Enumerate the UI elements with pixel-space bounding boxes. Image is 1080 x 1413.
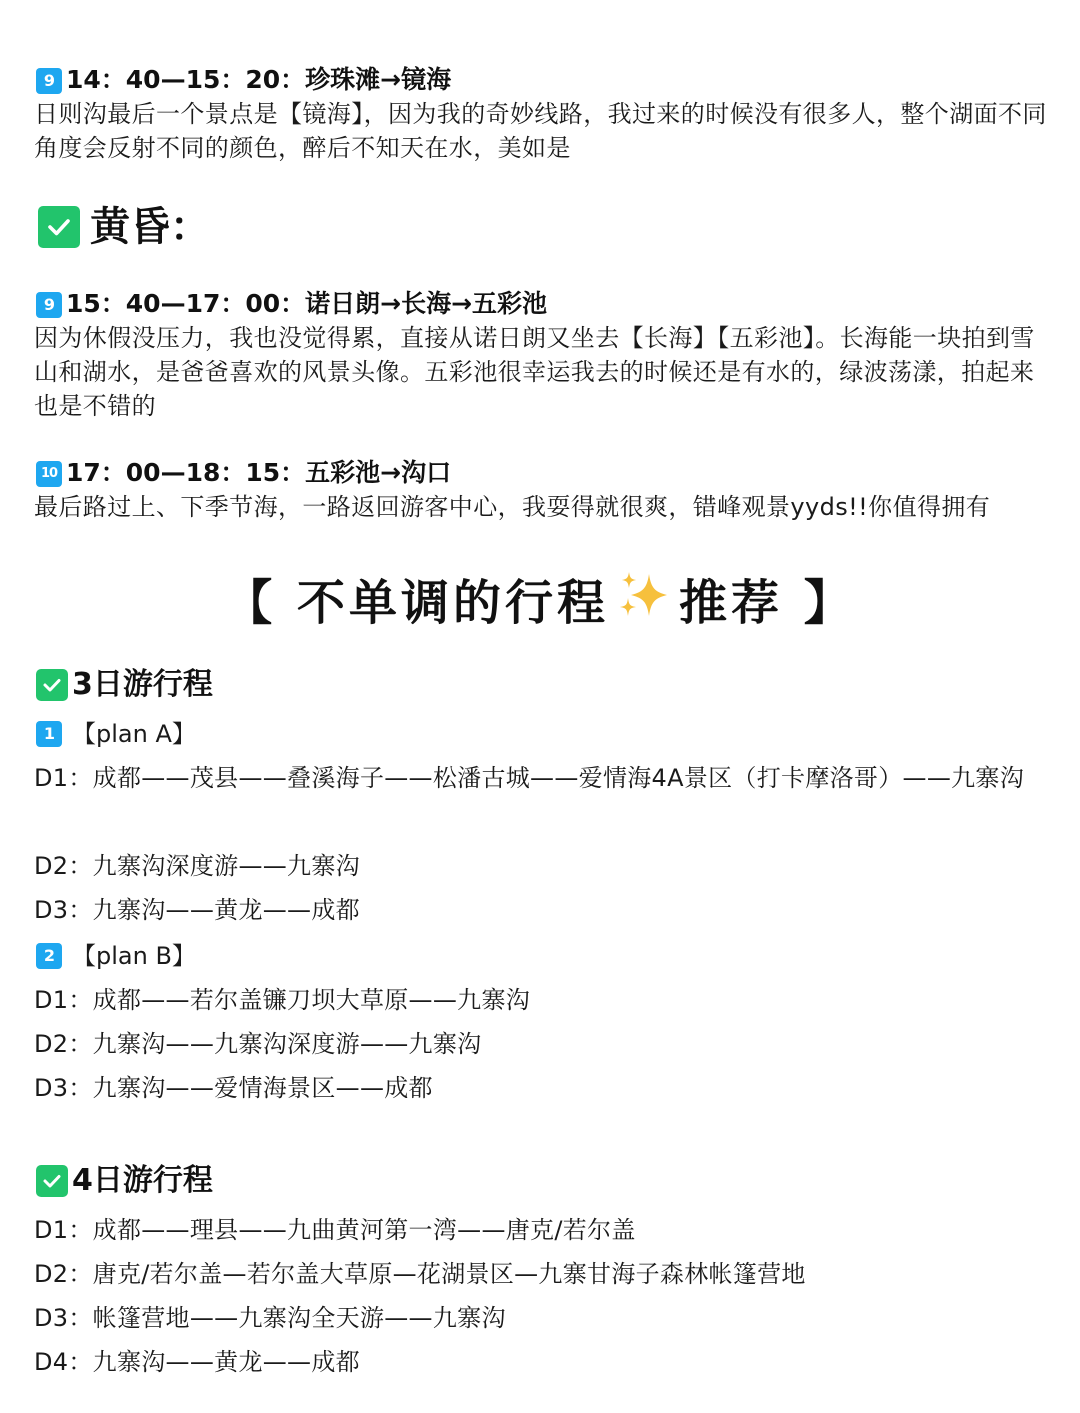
banner-title: 【 不单调的行程 推荐 】 — [0, 568, 1080, 638]
heading-text: 17：00—18：15：五彩池→沟口 — [66, 458, 451, 487]
plan-a-label: 1 【plan A】 — [36, 717, 196, 751]
day-line: D2：唐克/若尔盖—若尔盖大草原—花湖景区—九寨甘海子森林帐篷营地 — [34, 1252, 1044, 1296]
number-9-badge-icon: 9 — [36, 292, 62, 318]
sparkles-icon — [617, 568, 671, 638]
paragraph-goukou: 最后路过上、下季节海，一路返回游客中心，我耍得就很爽，错峰观景yyds!!你值得… — [34, 490, 1054, 524]
heading-text: 4日游行程 — [72, 1161, 213, 1201]
heading-text: 14：40—15：20：珍珠滩→镜海 — [66, 65, 451, 94]
day-line: D1：成都——若尔盖镰刀坝大草原——九寨沟 — [34, 978, 1044, 1022]
time-heading-jinghai: 914：40—15：20：珍珠滩→镜海 — [36, 63, 451, 97]
banner-left-text: 【 不单调的行程 — [224, 571, 609, 635]
day-line: D3：九寨沟——黄龙——成都 — [34, 888, 1044, 932]
day-line: D3：帐篷营地——九寨沟全天游——九寨沟 — [34, 1296, 1044, 1340]
number-10-badge-icon: 10 — [36, 461, 62, 487]
section-heading-dusk: 黄昏： — [38, 200, 210, 254]
section-heading-3day: 3日游行程 — [36, 665, 213, 705]
banner-right-text: 推荐 】 — [679, 571, 856, 635]
paragraph-wucaichi: 因为休假没压力，我也没觉得累，直接从诺日朗又坐去【长海】【五彩池】。长海能一块拍… — [34, 321, 1054, 423]
check-icon — [36, 1165, 68, 1197]
paragraph-jinghai: 日则沟最后一个景点是【镜海】，因为我的奇妙线路，我过来的时候没有很多人，整个湖面… — [34, 97, 1054, 165]
time-heading-wucaichi: 915：40—17：00：诺日朗→长海→五彩池 — [36, 287, 547, 321]
day-line: D4：九寨沟——黄龙——成都 — [34, 1340, 1044, 1384]
number-2-badge-icon: 2 — [36, 943, 62, 969]
day-line: D1：成都——理县——九曲黄河第一湾——唐克/若尔盖 — [34, 1208, 1044, 1252]
number-9-badge-icon: 9 — [36, 68, 62, 94]
section-heading-4day: 4日游行程 — [36, 1161, 213, 1201]
day-line: D2：九寨沟深度游——九寨沟 — [34, 844, 1044, 888]
day-line: D1：成都——茂县——叠溪海子——松潘古城——爱情海4A景区（打卡摩洛哥）——九… — [34, 756, 1044, 800]
plan-b-label: 2 【plan B】 — [36, 939, 196, 973]
number-1-badge-icon: 1 — [36, 721, 62, 747]
time-heading-goukou: 1017：00—18：15：五彩池→沟口 — [36, 456, 451, 490]
check-icon — [38, 206, 80, 248]
heading-text: 15：40—17：00：诺日朗→长海→五彩池 — [66, 289, 547, 318]
heading-text: 3日游行程 — [72, 665, 213, 705]
check-icon — [36, 669, 68, 701]
plan-label-text: 【plan A】 — [72, 717, 196, 751]
day-line: D2：九寨沟——九寨沟深度游——九寨沟 — [34, 1022, 1044, 1066]
heading-text: 黄昏： — [90, 200, 210, 254]
day-line: D3：九寨沟——爱情海景区——成都 — [34, 1066, 1044, 1110]
plan-label-text: 【plan B】 — [72, 939, 196, 973]
